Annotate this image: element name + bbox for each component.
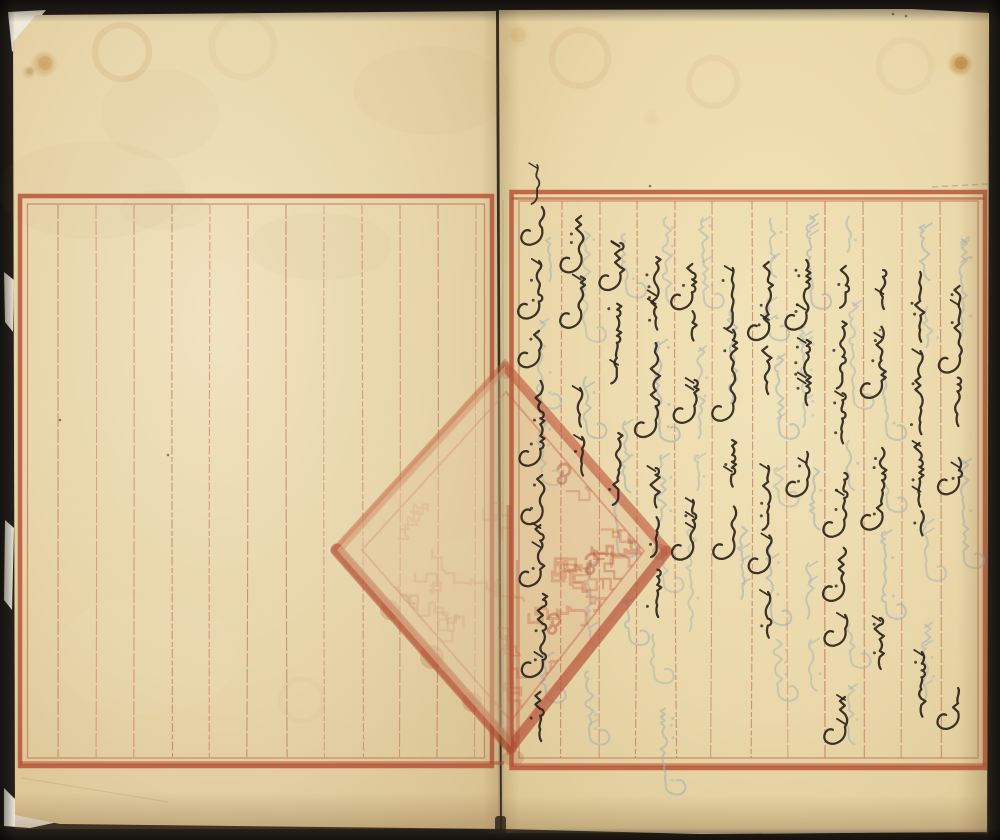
script-word-dot [912,382,915,385]
script-word-dot [874,457,877,460]
bleed-word-dot [812,343,815,346]
script-word-dot [530,507,533,510]
script-word-dot [760,624,763,627]
script-word-dot [913,313,916,316]
script-word-dot [533,419,536,422]
paper-mottle [248,213,392,281]
script-word-dot [796,346,799,349]
script-word-dot [914,661,917,664]
bleed-word-dot [549,371,552,374]
bleed-word-dot [632,277,635,280]
script-word-dot [873,651,876,654]
script-word-dot [723,349,726,352]
script-word-dot [648,285,651,288]
bleed-word-dot [703,475,706,478]
bleed-word-dot [669,509,672,512]
script-word-dot [873,623,876,626]
script-word-dot [529,338,532,341]
bleed-word-dot [705,376,708,379]
script-word-dot [682,284,685,287]
script-word-dot [574,450,577,453]
bleed-word-dot [671,717,674,720]
script-word-dot [837,283,840,286]
script-word-dot [760,502,763,505]
script-word-dot [873,513,876,516]
script-word-dot [758,323,761,326]
bleed-word-dot [594,713,597,716]
script-word-dot [608,488,611,491]
script-word-dot [530,279,533,282]
script-word-dot [648,319,651,322]
bleed-word-dot [811,414,814,417]
bleed-word-dot [775,317,778,320]
bleed-word-dot [854,238,857,241]
bleed-word-dot [892,594,895,597]
bleed-word-dot [784,673,787,676]
bleed-word-dot [936,336,939,339]
ink-speck [167,454,170,457]
script-word-dot [607,307,610,310]
bleed-word-dot [811,400,814,403]
bleed-word-dot [593,391,596,394]
script-word-dot [760,514,763,517]
paper-mottle [727,385,854,486]
script-word-dot [646,605,649,608]
bleed-word-dot [548,391,551,394]
bleed-word-dot [631,454,634,457]
script-word-dot [832,349,835,352]
bleed-word-dot [861,356,864,359]
script-word-dot [649,543,652,546]
bleed-word-dot [592,238,595,241]
script-word-dot [797,387,800,390]
gutter-shadow [482,10,520,834]
bleed-word-dot [594,727,597,730]
bleed-word-dot [670,724,673,727]
script-word-dot [794,373,797,376]
script-word-dot [834,431,837,434]
script-word-dot [795,310,798,313]
script-word-dot [911,302,914,305]
script-word-dot [532,567,535,570]
bleed-word-dot [672,736,675,739]
vignette-bottom [0,828,1000,840]
script-word-dot [910,423,913,426]
script-word-dot [951,321,954,324]
bleed-word-dot [671,779,674,782]
script-word-dot [797,480,800,483]
script-word-dot [874,339,877,342]
bleed-word-dot [671,226,674,229]
script-word-dot [952,477,955,480]
rule-line [96,205,97,757]
bleed-word-dot [932,675,935,678]
bleed-word-dot [671,244,674,247]
script-word-dot [951,293,954,296]
script-word-dot [794,269,797,272]
script-word-dot [835,585,838,588]
vignette-right [986,0,1000,840]
bleed-word-dot [667,403,670,406]
bleed-word-dot [819,672,822,675]
paper-mottle [101,69,219,160]
script-word-dot [532,299,535,302]
vignette-top [0,0,1000,22]
seal-ink-blot [652,544,668,560]
script-word-dot [835,508,838,511]
bleed-word-dot [776,593,779,596]
script-word-dot [530,717,533,720]
bottom-edge-shade-right [502,795,987,833]
ink-speck [649,185,652,188]
vignette-left [0,0,15,840]
ink-speck [879,329,882,332]
script-word-dot [797,274,800,277]
bleed-word-dot [667,425,670,428]
script-word-dot [570,241,573,244]
bleed-word-dot [855,718,858,721]
bleed-word-dot [669,476,672,479]
bleed-word-dot [667,346,670,349]
script-word-dot [913,522,916,525]
script-word-dot [912,478,915,481]
script-word-dot [871,359,874,362]
script-word-dot [833,401,836,404]
ink-speck [59,419,62,422]
bleed-word-dot [779,231,782,234]
bleed-word-dot [819,489,822,492]
bleed-word-dot [711,284,714,287]
script-word-dot [570,233,573,236]
script-word-dot [684,514,687,517]
script-word-dot [645,273,648,276]
script-word-dot [534,658,537,661]
script-word-dot [535,629,538,632]
bottom-edge-shade-left [15,792,500,829]
script-word-dot [722,279,725,282]
script-word-dot [798,465,801,468]
bleed-word-dot [704,394,707,397]
manuscript-scan-svg [0,0,1000,840]
bleed-word-dot [810,368,813,371]
bleed-word-dot [671,253,674,256]
bleed-word-dot [777,561,780,564]
script-word-dot [873,466,876,469]
script-word-dot [530,443,533,446]
bleed-word-dot [709,224,712,227]
bleed-word-dot [784,661,787,664]
bleed-word-dot [893,422,896,425]
script-word-dot [760,304,763,307]
stain-blob-core [27,68,34,75]
bleed-word-dot [697,597,700,600]
bleed-word-dot [856,462,859,465]
stain-blob-core [38,56,52,70]
bleed-word-dot [785,649,788,652]
bleed-word-dot [891,556,894,559]
bleed-word-dot [930,656,933,659]
right-edge-shade [958,10,988,834]
manuscript-photo [0,0,1000,840]
script-word-dot [794,361,797,364]
script-word-dot [533,484,536,487]
paper-mottle [55,596,239,714]
script-word-dot [724,463,727,466]
